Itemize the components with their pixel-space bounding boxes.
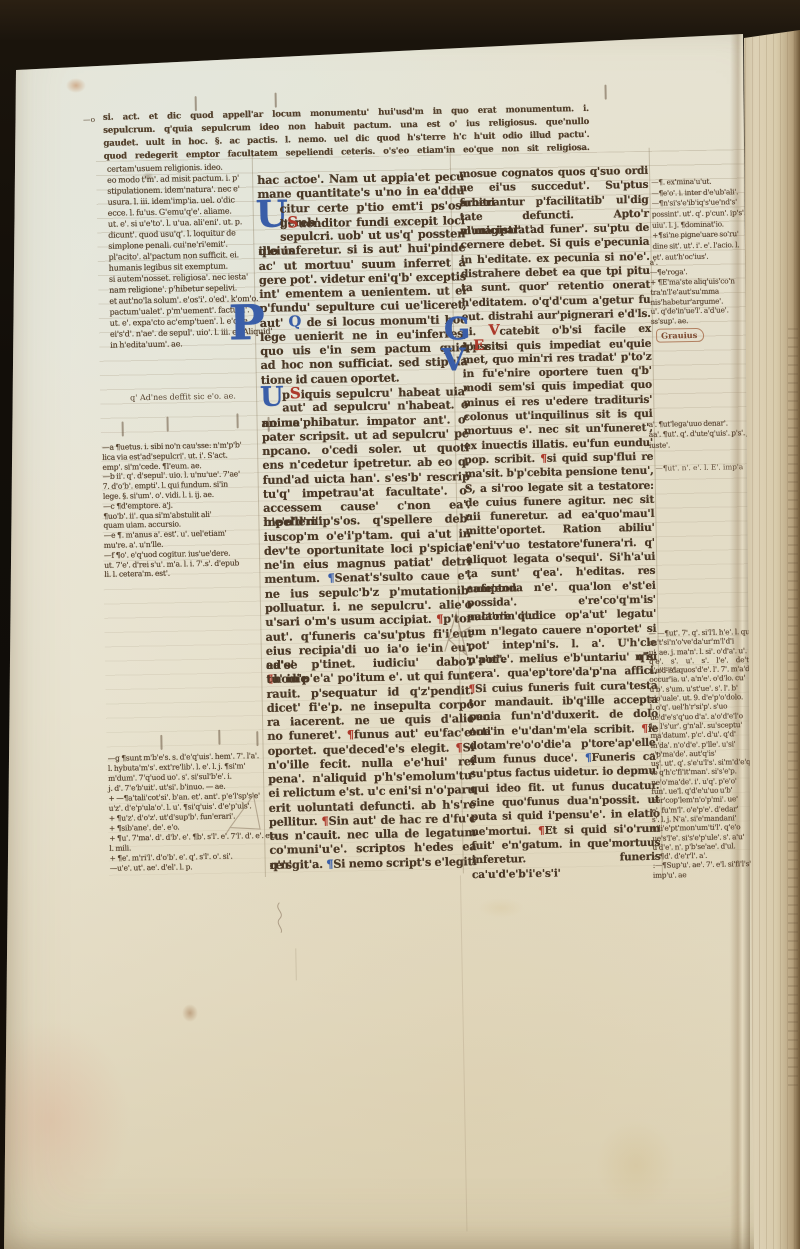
text-segment: li. l. cetera'm. est'. [104,569,170,579]
drop-initial-p: P [228,299,265,348]
drop-initial-g: G [444,314,471,345]
text-segment: quam uiam. accursio. [103,520,181,530]
text-segment: l. mili. [109,843,131,852]
pen-flourish [236,413,238,428]
text-segment: u'd'e'. n'. p'b'se'ae'. d'ul. [652,841,735,852]
inline-initial: Q [288,313,301,330]
text-segment: tra'n'l'e'aut'su'mma [650,286,719,296]
ruling-extension-short [295,948,297,980]
text-segment: mortuus e'. nec sit un'funeret', [464,422,653,437]
pen-trial-squiggle [269,898,294,934]
text-segment: —¶. ex'mina'u'ut. [651,177,711,187]
manuscript-scan: { "manuscript": { "colors": { "ink": "#4… [0,0,800,1249]
margin-doodle-triangle [223,787,266,836]
right-margin-gloss-erogat: a'.—¶e'roga'.+ ¶E'ma'ste aliq'uis'co'ntr… [650,256,751,327]
text-line: aa'. ¶ut'. q'. d'ute'q'uis'. p's'. j. [649,428,753,440]
pen-flourish [275,93,277,108]
text-segment: dine sit'. ut'. i'. e'. l'acio. l. [652,240,739,251]
pen-flourish [122,421,124,436]
text-segment: n'o'uale'. ut. 9. d'e'p'o'dolo. [650,692,744,703]
drop-initial-u: U [260,384,281,412]
text-segment: aa'. ¶ut'. q'. d'ute'q'uis'. p's'. j. [649,428,751,439]
text-segment: mentum. [264,571,327,586]
text-line: ss'sup'. ae. [651,315,751,327]
text-segment: u'. q'de'in'ue'l'. a'd'ue'. [651,306,729,316]
text-segment: dum funus duce'. [470,752,585,766]
text-segment: —e ¶. m'anus a'. est'. u'. uel'etiam' [104,529,227,540]
text-segment: mu're. a'. u'n'lle. [104,540,164,550]
right-margin-gloss-single-line: —¶ut'. n'. e'. l. E'. imp'a [655,462,743,473]
text-segment: in h'edita'uum'. ae. [110,339,183,349]
text-segment: Si nemo script's e'legiti [333,854,477,871]
pen-flourish [195,96,197,111]
text-segment: + ¶E'ma'ste aliq'uis'co'n [650,276,735,287]
drop-initial-v: V [441,345,466,376]
text-segment: possint'. ut'. q'. p'cun'. ip's'. [652,208,746,219]
text-segment: +¶si'ne pigne'uare so'ru' [652,230,739,241]
written-content: —o si. act. et dic quod appell'ar locum … [0,0,800,1249]
text-segment: Funeris ca' [591,751,658,764]
pen-flourish [604,85,606,100]
margin-doodle-gutter [436,607,477,660]
text-segment: + ¶u'z'. d'o'z'. ut'd'sup'b'. fun'erari'… [109,811,236,822]
text-segment: + ¶sib'ane'. de'. e'o. [109,823,180,833]
text-segment: Et si quid si'o'rum [544,822,660,836]
text-segment: si quid sup'flui re [547,451,654,465]
gloss-tie-mark: —o [83,115,95,124]
text-segment: —¶e'roga'. [650,267,688,277]
text-segment: ss'sup'. ae. [651,316,689,326]
text-segment: nis'habetur'argume'. [650,296,723,306]
pen-flourish [218,730,220,745]
text-segment: + ¶e'. m'ri'l'. d'o'b'. e'. q'. s'l'. o'… [109,852,232,863]
main-text-column-left: hac actoe'. Nam ut appia'et pecumane qua… [257,169,477,872]
ruling-extension-lower [460,875,468,1231]
pen-flourish [267,417,269,432]
text-segment: —¶e'o'. i. inter d'e'ub'ali'. [651,187,738,198]
boxed-gloss-word: Grauius [656,328,704,343]
text-segment: —c ¶d'emptore. a'j. [103,500,173,510]
text-segment: pellitur. [269,814,322,829]
text-line: iuste'. [649,439,753,451]
right-margin-gloss-middle: a'. ¶ut'lega'uuo denar'.aa'. ¶ut'. q'. d… [649,418,754,451]
text-segment: lege. §. si'um'. o'. vidi. l. i. ij. ae. [103,490,214,501]
text-segment: lica via est'ad'sepulcri'. ut. i'. S'act… [102,450,228,461]
right-margin-gloss-upper: —¶. ex'mina'u'ut.—¶e'o'. i. inter d'e'ub… [651,176,750,263]
text-segment: q'n'git'a. [270,857,327,872]
text-segment: pop. scribit. [464,453,540,466]
page-stack-texture [788,328,798,1088]
text-segment: imp'u'. ae [653,870,687,880]
text-segment: ¶uo'b'. ii'. qua si'm'abstulit ali' [103,509,212,520]
main-text-column-right: mosue cognatos quos q'suo ordine ei'us s… [459,164,661,868]
manuscript-page: —o si. act. et dic quod appell'ar locum … [0,0,800,1249]
text-segment: a'. ¶ut'lega'uuo denar'. [649,418,728,428]
text-segment: —¶n'si's'e'ib'iq's'ue'nd's' [652,198,737,209]
text-segment: ma'sit. b'p'cebita pensione tenu', [464,465,653,480]
text-segment: :—¶Sup'u'. ae'. 7'. e'l. si'fi'l's' [653,859,751,870]
pen-flourish [160,735,162,750]
pen-flourish [166,417,168,432]
text-segment: m'da'. n'o'd'e'. p'lle'. u'si' [650,739,735,750]
text-line: :—¶Sup'u'. ae'. 7'. e'l. si'fi'l's' [653,859,761,870]
inline-initial: E [473,337,484,353]
text-segment: uiu'. l. j. ¶dominat'io. [652,219,724,229]
text-line: imp'u'. ae [653,869,761,880]
text-segment: auctore iudice op'a'ut' legatu' [467,608,656,623]
text-segment: iuste'. [649,440,670,449]
top-margin-gloss: si. act. et dic quod appell'ar locum mon… [103,103,590,163]
text-segment: no funeret'. [267,728,347,743]
text-segment: a'. [650,258,658,267]
text-segment: ut. 7'e'. d'rei s'u'. m'a. l. i. 7'.s'. … [104,558,239,569]
pen-flourish [256,731,258,746]
text-segment: —u'e'. ut'. ae'. d'el'. l. p. [110,862,193,873]
text-segment: ne'mortui. [471,825,538,838]
right-margin-gloss-lower: — —¶ut'. 7'. q'. si'l'l. h'e'. l. quicu'… [648,627,761,880]
